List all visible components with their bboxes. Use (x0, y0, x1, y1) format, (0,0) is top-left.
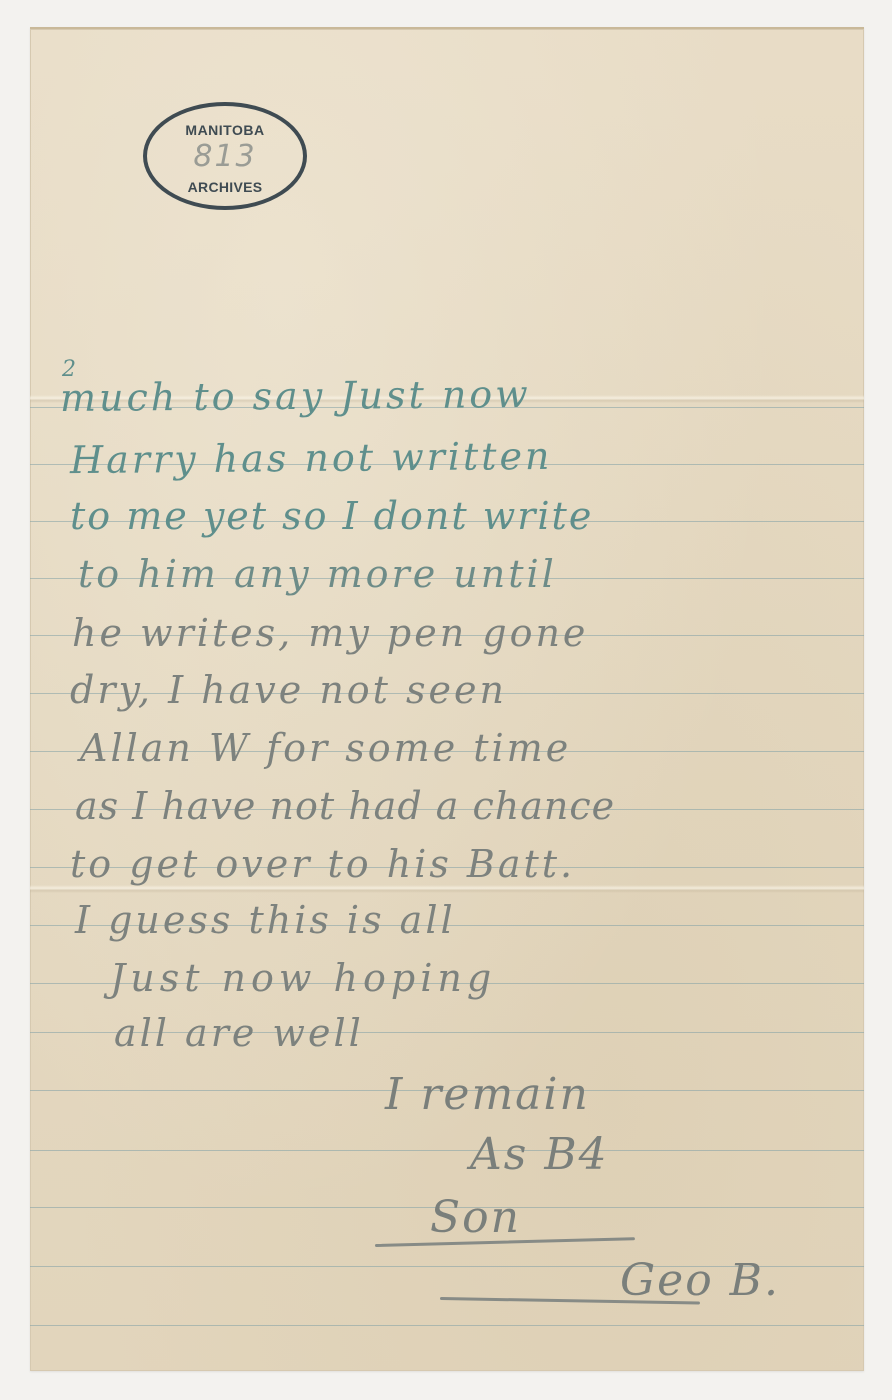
letter-line: to him any more until (78, 555, 557, 593)
letter-line: Harry has not written (70, 437, 553, 479)
signature: Geo B. (620, 1255, 780, 1306)
letter-line: he writes, my pen gone (72, 614, 588, 652)
stamp-number: 813 (147, 139, 303, 174)
letter-line: to get over to his Batt. (70, 845, 575, 883)
closing-line: Son (430, 1192, 521, 1243)
letter-line: all are well (114, 1014, 364, 1052)
letter-line: Just now hoping (110, 959, 496, 997)
stamp-top-text: MANITOBA (147, 122, 303, 138)
paper-fold (30, 885, 864, 893)
letter-page: MANITOBA 813 ARCHIVES 2 much to say Just… (30, 27, 864, 1371)
ruled-line (30, 1150, 864, 1151)
stamp-bottom-text: ARCHIVES (147, 179, 303, 195)
ruled-line (30, 1325, 864, 1326)
closing-line: As B4 (470, 1129, 609, 1180)
letter-line: as I have not had a chance (75, 787, 615, 825)
letter-line: Allan W for some time (80, 729, 571, 767)
archive-stamp: MANITOBA 813 ARCHIVES (143, 102, 307, 210)
closing-line: I remain (385, 1069, 590, 1120)
letter-line: I guess this is all (75, 901, 456, 939)
letter-line: dry, I have not seen (70, 671, 507, 709)
letter-line: to me yet so I dont write (70, 497, 593, 535)
letter-line: much to say Just now (60, 375, 531, 417)
